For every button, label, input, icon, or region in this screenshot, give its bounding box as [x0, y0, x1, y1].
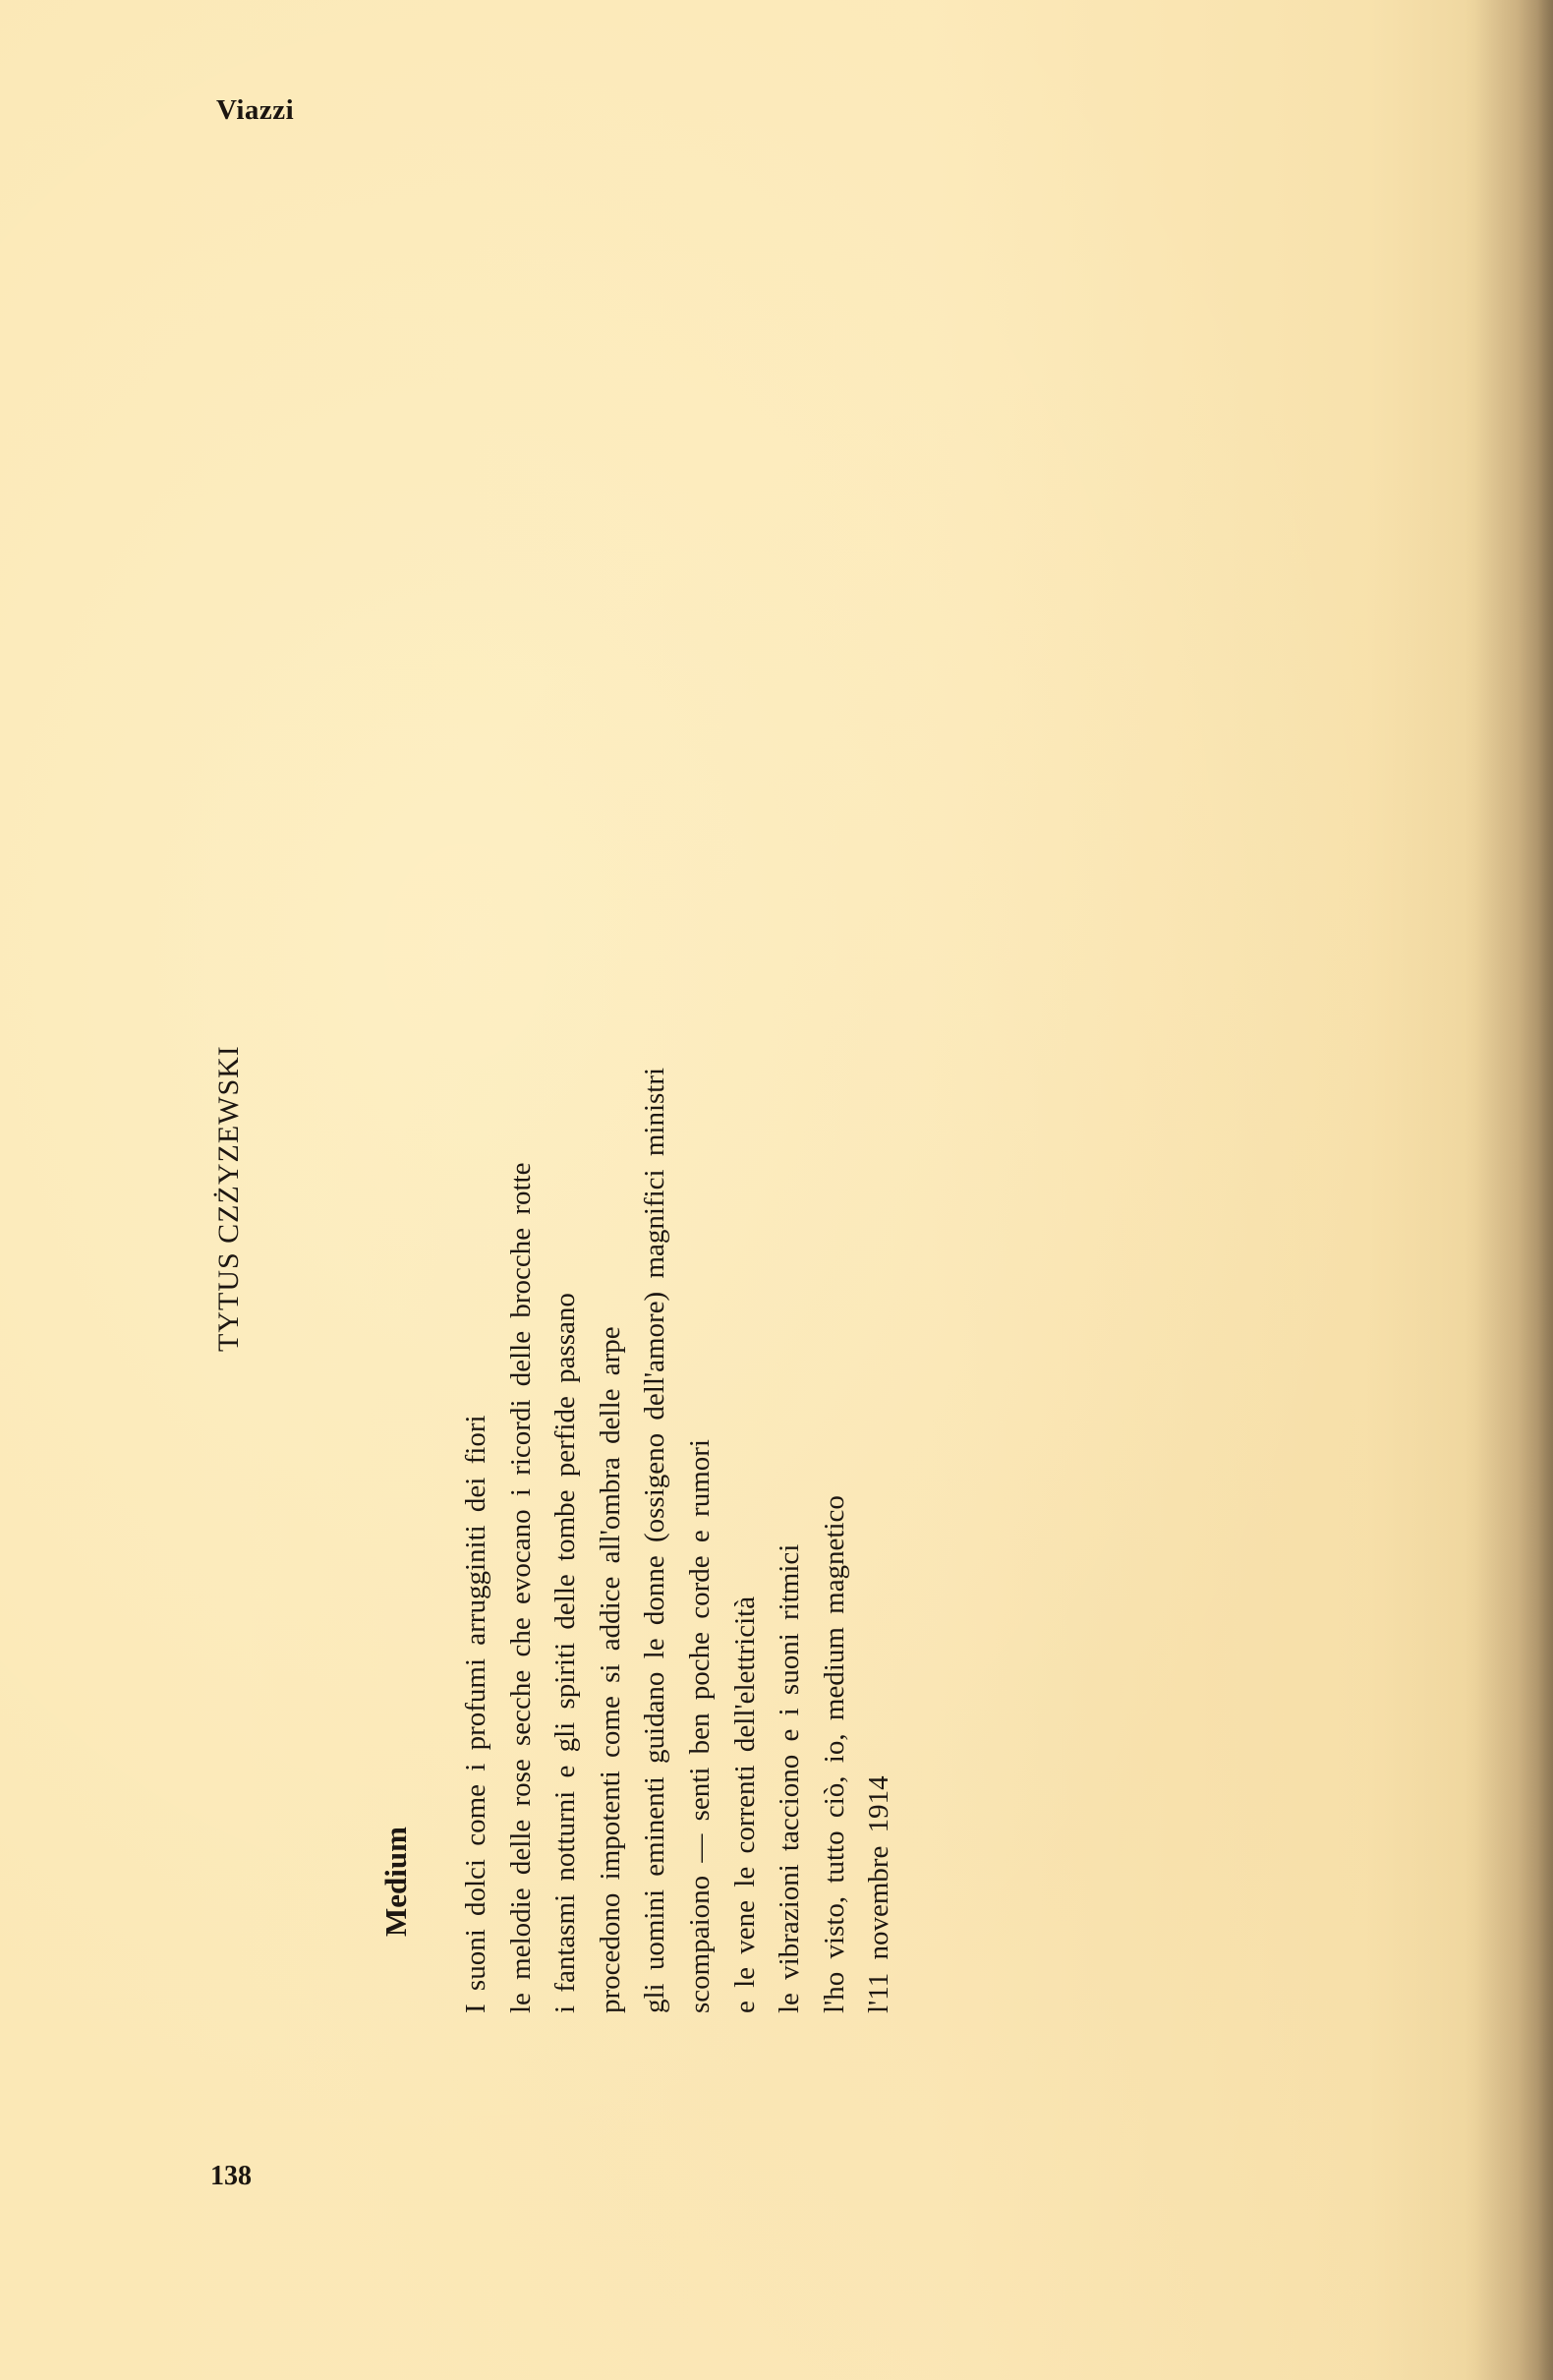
poem-line: le melodie delle rose secche che evocano…	[499, 1068, 545, 2013]
poem-title: Medium	[378, 1827, 414, 1937]
running-head: Viazzi	[216, 94, 294, 127]
poem-line: i fantasmi notturni e gli spiriti delle …	[544, 1068, 589, 2013]
book-page: Viazzi 138 TYTUS CZŻYZEWSKI Medium I suo…	[0, 0, 1553, 2380]
poem-body: I suoni dolci come i profumi arrugginiti…	[454, 1068, 902, 2013]
poem-line: le vibrazioni tacciono e i suoni ritmici	[768, 1068, 813, 2013]
author-name: TYTUS CZŻYZEWSKI	[212, 1045, 246, 1352]
page-number: 138	[210, 2161, 252, 2192]
poem-line: scompaiono — senti ben poche corde e rum…	[678, 1068, 723, 2013]
poem-line: gli uomini eminenti guidano le donne (os…	[633, 1068, 678, 2013]
page-edge-shadow	[1465, 0, 1553, 2380]
poem-line: I suoni dolci come i profumi arrugginiti…	[454, 1068, 499, 2013]
poem-line: procedono impotenti come si addice all'o…	[589, 1068, 634, 2013]
poem-line: e le vene le correnti dell'elettricità	[723, 1068, 769, 2013]
poem-line: l'11 novembre 1914	[857, 1068, 902, 2013]
poem-line: l'ho visto, tutto ciò, io, medium magnet…	[813, 1068, 858, 2013]
